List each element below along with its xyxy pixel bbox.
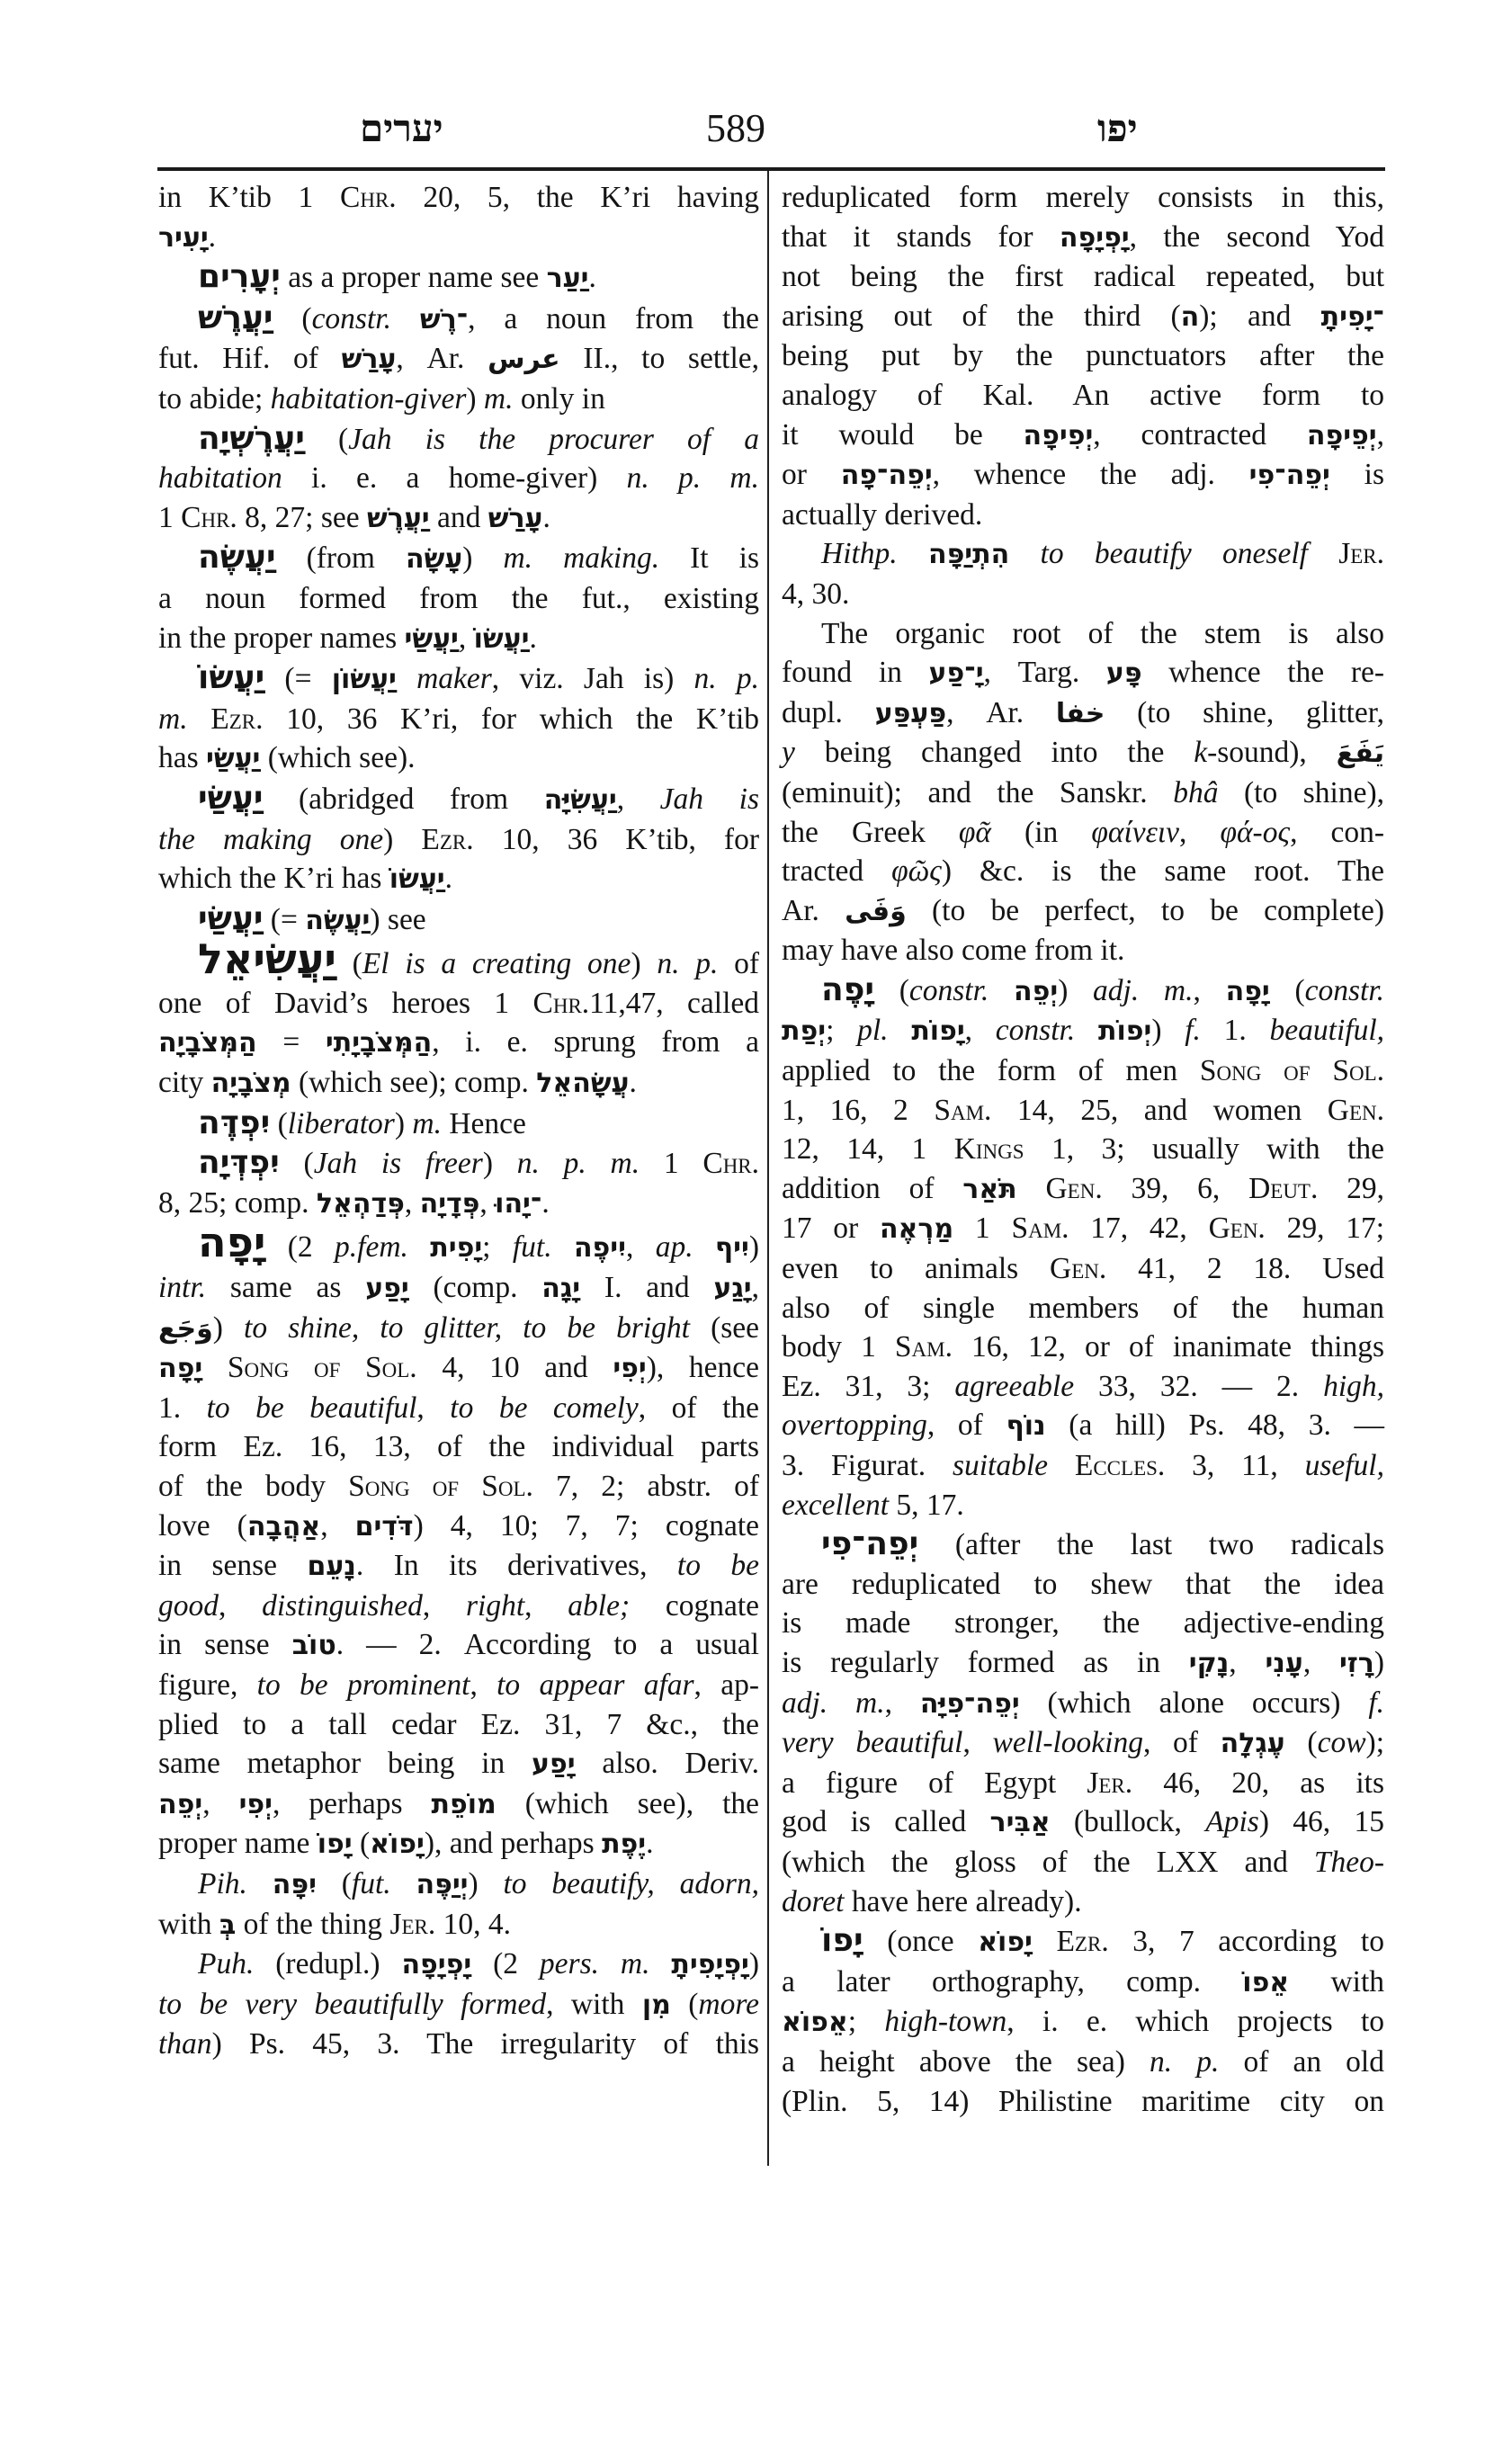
text-run: ( [1285, 1726, 1318, 1759]
text-run: 10, 36 K’ri, for which the K’tib [264, 702, 759, 736]
text-line: addition of תֹּאַר Gen. 39, 6, Deut. 29, [782, 1169, 1384, 1210]
hebrew-word: אַהֲבָה [247, 1511, 320, 1542]
text-run: analogy of Kal. An active form to [782, 379, 1384, 412]
text-run: (to be perfect, to be complete) [907, 894, 1384, 927]
hebrew-word: יָפַע [532, 1748, 576, 1780]
text-run: , [1303, 1646, 1339, 1679]
text-line: of the body Song of Sol. 7, 2; abstr. of [158, 1467, 759, 1507]
text-run: same metaphor being in [158, 1747, 532, 1780]
text-run: 3. Figurat. [782, 1449, 953, 1482]
text-line: has יַעֲשַׂי (which see). [158, 738, 759, 779]
text-run: same as [206, 1271, 365, 1304]
text-line: in K’tib 1 Chr. 20, 5, the K’ri having [158, 178, 759, 218]
text-run: Ar. [782, 894, 845, 927]
header-left-headword: יערים [360, 97, 443, 160]
text-run: 1. [1201, 1014, 1270, 1047]
text-run: of [718, 947, 759, 980]
text-run: , [423, 1589, 466, 1623]
italic-run: Apis [1205, 1805, 1259, 1838]
text-run: ) [749, 1230, 759, 1264]
text-run [188, 702, 211, 736]
italic-run: φᾶ [959, 816, 991, 849]
text-run: 1, 3; usually with the [1024, 1132, 1384, 1166]
text-run: may have also come from it. [782, 934, 1124, 967]
text-run: of an old [1219, 2045, 1384, 2079]
hebrew-word: אֵפוֹא [782, 2007, 848, 2038]
text-run: ( [270, 1107, 288, 1140]
hebrew-word: הִתְיַפָּה [928, 539, 1009, 570]
hebrew-word: נָעֵם [307, 1551, 355, 1582]
text-run: ) [213, 1311, 244, 1345]
text-run: , [626, 1230, 656, 1264]
text-run: ); and [1199, 300, 1320, 333]
italic-run: good [158, 1589, 219, 1623]
text-run: also. Deriv. [576, 1747, 759, 1780]
text-run: , Targ. [984, 656, 1106, 689]
text-run: ( [273, 302, 312, 335]
italic-run: maker [416, 662, 492, 695]
hebrew-word: אַבִּיר [990, 1807, 1051, 1838]
hebrew-word: דֹּדִים [355, 1511, 414, 1542]
text-line: 12, 14, 1 Kings 1, 3; usually with the [782, 1130, 1384, 1169]
page-number: 589 [706, 97, 765, 160]
text-run: , [1179, 816, 1220, 849]
italic-run: excellent [782, 1489, 889, 1522]
text-run: 7, 2; abstr. of [533, 1470, 759, 1503]
italic-run: than [158, 2027, 212, 2061]
hebrew-word: יָפְיָפָה [1060, 222, 1130, 254]
text-line: intr. same as יָפַע (comp. יָגָה I. and … [158, 1268, 759, 1309]
italic-run: n. p. [694, 662, 759, 695]
text-run: ) 46, 15 [1259, 1805, 1384, 1838]
text-run: (from [276, 541, 406, 575]
text-run: figure, [158, 1668, 257, 1702]
hebrew-word: יַעֲשֶׂה [305, 905, 370, 936]
text-run: body 1 [782, 1330, 895, 1364]
hebrew-headword: יְפֵה־פִי [821, 1525, 918, 1562]
text-run: , [219, 1589, 262, 1623]
text-line: fut. Hif. of עָרַשׁ, Ar. عرس II., to set… [158, 339, 759, 380]
text-run: , [1194, 974, 1226, 1007]
hebrew-word: יְפֵה־פִי [1249, 460, 1330, 491]
text-line: the Greek φᾶ (in φαίνειν, φά-ος, con- [782, 813, 1384, 853]
text-run: plied to a tall cedar Ez. 31, 7 &c., the [158, 1708, 759, 1741]
hebrew-word: טוֹב [292, 1630, 336, 1661]
text-line: are reduplicated to shew that the idea [782, 1565, 1384, 1605]
left-column: in K’tib 1 Chr. 20, 5, the K’ri havingיָ… [158, 178, 759, 2064]
text-line: in the proper names יַעֲשַׂי, יַעֲשׂוֹ. [158, 619, 759, 659]
text-run: . [542, 501, 550, 534]
text-line: 1 Chr. 8, 27; see יַעֲרֶשׁ and עָרַשׁ. [158, 498, 759, 539]
text-line: (which the gloss of the LXX and Theo- [782, 1843, 1384, 1882]
text-run: , Ar. [946, 696, 1056, 729]
text-run: is [1330, 458, 1384, 491]
hebrew-word: יָפוֹא [978, 1927, 1033, 1958]
text-run [247, 1867, 273, 1900]
italic-run: intr. [158, 1271, 206, 1304]
text-run: (comp. [409, 1271, 542, 1304]
book-reference: Chr. [702, 1147, 759, 1180]
italic-run: pl. [857, 1014, 888, 1047]
text-run: applied to the form of men [782, 1054, 1200, 1087]
text-run: . [209, 220, 216, 254]
text-run: a figure of Egypt [782, 1766, 1087, 1800]
text-run: (which the gloss of the LXX and [782, 1846, 1314, 1879]
text-run: 14, 25, and women [991, 1094, 1327, 1127]
text-line: plied to a tall cedar Ez. 31, 7 &c., the [158, 1705, 759, 1745]
text-line: also of single members of the human [782, 1289, 1384, 1328]
text-run [397, 662, 416, 695]
hebrew-word: פָּע [1106, 657, 1142, 689]
text-line: Pih. יִפָּה (fut. יְיַפֶּה) to beautify,… [158, 1864, 759, 1905]
text-run: ( [305, 423, 348, 456]
hebrew-headword: יַעֲרֶשְׁיָה [198, 420, 305, 457]
text-run: (= [263, 903, 305, 936]
text-run [1075, 1014, 1098, 1047]
book-reference: Song of Sol. [1200, 1054, 1384, 1087]
book-reference: Ezr. [210, 702, 263, 736]
text-line: The organic root of the stem is also [782, 614, 1384, 654]
text-line: may have also come from it. [782, 931, 1384, 970]
text-line: actually derived. [782, 496, 1384, 535]
italic-run: φαίνειν [1091, 816, 1179, 849]
book-reference: Deut. [1248, 1172, 1318, 1205]
italic-run: useful, [1305, 1449, 1384, 1482]
hebrew-headword: יָפֶה [821, 971, 874, 1008]
text-line: love (אַהֲבָה, דֹּדִים) 4, 10; 7, 7; cog… [158, 1507, 759, 1547]
text-line: it would be יְפִיפָה, contracted יְפֵיפָ… [782, 416, 1384, 456]
text-run: i. e. a home-giver) [282, 461, 627, 495]
italic-run: Hithp. [821, 537, 898, 570]
text-run: reduplicated form merely consists in thi… [782, 181, 1384, 214]
text-run: , i. e. sprung from a [432, 1025, 759, 1059]
hebrew-word: ־יָהוּ [495, 1188, 541, 1220]
text-line: m. Ezr. 10, 36 K’ri, for which the K’tib [158, 700, 759, 739]
text-run: 5, 17. [889, 1489, 964, 1522]
text-run: , [752, 1271, 759, 1304]
text-line: יָפָה (2 p.fem. יָפִית; fut. יִיפֶה, ap.… [158, 1223, 759, 1268]
text-line: form Ez. 16, 13, of the individual parts [158, 1427, 759, 1467]
text-run: = [257, 1025, 326, 1059]
text-line: which the K’ri has יַעֲשׂוֹ. [158, 859, 759, 899]
text-run: ( [336, 947, 362, 980]
text-line: god is called אַבִּיר (bullock, Apis) 46… [782, 1802, 1384, 1843]
text-line: יִפְדְּיָה (Jah is freer) n. p. m. 1 Chr… [158, 1143, 759, 1184]
text-run: , [320, 1509, 354, 1542]
italic-run: p.fem. [335, 1230, 408, 1264]
text-run: 29, 17; [1266, 1212, 1384, 1245]
hebrew-word: יָפוֹת [911, 1015, 964, 1047]
text-run: 4, 30. [782, 577, 849, 611]
hebrew-word: יְפֵה [1014, 976, 1058, 1007]
text-run: ( [280, 1147, 314, 1180]
arabic-word: يَفَعَ [1337, 738, 1384, 769]
italic-run: m. [412, 1107, 442, 1140]
arabic-word: وَفَى [845, 896, 907, 927]
text-line: יַעֲשׂוֹ (= יַעֲשׂוֹן maker, viz. Jah is… [158, 658, 759, 700]
book-reference: Sam. [895, 1330, 953, 1364]
text-line: adj. m., יְפֵה־פִיָּה (which alone occur… [782, 1684, 1384, 1724]
text-run: , [202, 1787, 238, 1820]
text-run: 1 [640, 1147, 702, 1180]
text-run [693, 1230, 715, 1264]
text-run: , [479, 1186, 495, 1220]
text-line: applied to the form of men Song of Sol. [782, 1051, 1384, 1091]
text-line: יַעֲרֶשׁ (constr. ־רֶשׁ, a noun from the [158, 299, 759, 340]
hebrew-headword: יַעֲשַׂי [198, 780, 263, 817]
text-run: ; [848, 2005, 885, 2038]
text-run: ; [826, 1014, 857, 1047]
text-run: 29, [1318, 1172, 1384, 1205]
text-run: city [158, 1066, 211, 1099]
text-run: (see [690, 1311, 759, 1345]
text-run: 16, 12, or of inanimate things [953, 1330, 1384, 1364]
book-reference: Kings [954, 1132, 1024, 1166]
running-header: יערים 589 יפו [157, 97, 1385, 160]
text-run: , [1377, 418, 1384, 452]
hebrew-headword: יַעֲשׂוֹ [198, 659, 264, 696]
text-run: . [445, 862, 452, 895]
text-run: , [470, 1668, 497, 1702]
text-line: יָפֶה (constr. יְפֵה) adj. m., יָפָה (co… [782, 970, 1384, 1012]
hebrew-headword: יְעָרִים [198, 258, 281, 295]
hebrew-word: פַּעְפַּע [875, 698, 946, 729]
text-run: , [962, 1726, 992, 1759]
text-run: the Greek [782, 816, 959, 849]
text-run: (abridged from [263, 782, 543, 816]
text-run: proper name [158, 1827, 318, 1860]
text-run: even to animals [782, 1252, 1050, 1285]
italic-run: liberator [288, 1107, 395, 1140]
italic-run: Theo- [1314, 1846, 1384, 1879]
text-line: proper name יָפוֹ (יָפוֹא), and perhaps … [158, 1824, 759, 1864]
italic-run: to be very beautifully formed [158, 1988, 546, 2021]
italic-run: y [782, 736, 795, 769]
text-run [552, 1230, 574, 1264]
text-run: II., to settle, [560, 342, 759, 375]
hebrew-word: יַעֲשׂוֹ [474, 623, 530, 655]
text-line: יַעֲשִׂיאֵל (El is a creating one) n. p.… [158, 940, 759, 984]
text-run: 1 [158, 501, 181, 534]
text-run: ) &c. is the same root. The [942, 854, 1384, 888]
text-run: , whence the adj. [933, 458, 1249, 491]
hebrew-word: יָפָה [158, 1353, 202, 1384]
book-reference: Eccles. [1075, 1449, 1165, 1482]
text-run: 20, 5, the K’ri having [397, 181, 759, 214]
text-run: , [416, 1391, 450, 1425]
text-run: cognate [630, 1589, 759, 1623]
text-line: יַעֲשֶׂה (from עָשָׂה) m. making. It is [158, 538, 759, 579]
text-run: (eminuit); and the Sanskr. [782, 776, 1173, 809]
hebrew-word: יָפִית [430, 1232, 482, 1264]
hebrew-word: הַמְּצֹבָיָתִי [326, 1027, 432, 1059]
text-run: , [617, 782, 660, 816]
text-run [1048, 1449, 1075, 1482]
text-line: very beautiful, well-looking, of עֶגְלָה… [782, 1723, 1384, 1764]
column-divider [767, 171, 769, 2166]
hebrew-word: יָפְיָפָה [401, 1949, 471, 1981]
text-run: with [1289, 1965, 1384, 1998]
text-run: , of [927, 1408, 1007, 1442]
text-run: a height above the sea) [782, 2045, 1150, 2079]
text-run: (a hill) Ps. 48, 3. — [1046, 1408, 1384, 1442]
hebrew-word: יַעֲשׂוֹן [332, 664, 397, 695]
hebrew-word: נָקִי [1189, 1648, 1230, 1679]
hebrew-word: יְפֵיפָה [1307, 420, 1377, 452]
text-run: ) Ps. 45, 3. The irregularity of this [212, 2027, 759, 2061]
text-run: 1 [953, 1212, 1011, 1245]
text-line: in sense נָעֵם. In its derivatives, to b… [158, 1546, 759, 1587]
text-line: reduplicated form merely consists in thi… [782, 178, 1384, 218]
hebrew-word: עֶגְלָה [1221, 1728, 1285, 1759]
hebrew-word: אֵפוֹ [1242, 1967, 1289, 1998]
italic-run: constr. [312, 302, 391, 335]
text-line: figure, to be prominent, to appear afar,… [158, 1666, 759, 1705]
text-run: ) [395, 1107, 413, 1140]
book-reference: Jer. [389, 1908, 435, 1941]
text-run: . — 2. According to a usual [336, 1628, 759, 1661]
text-run [202, 1351, 228, 1384]
text-run: in sense [158, 1628, 292, 1661]
text-run: ) [749, 1947, 759, 1981]
text-line: a noun formed from the fut., existing [158, 579, 759, 619]
text-line: יְפֵה, יְפִי, perhaps מוֹפֵת (which see)… [158, 1784, 759, 1825]
text-line: יַעֲשַׂי (abridged from יַעֲשִׂיָּה, Jah… [158, 779, 759, 820]
italic-run: ap. [656, 1230, 693, 1264]
text-line: excellent 5, 17. [782, 1486, 1384, 1525]
text-line: overtopping, of נוֹף (a hill) Ps. 48, 3.… [782, 1406, 1384, 1446]
text-run: 4, 10 and [417, 1351, 613, 1384]
italic-run: adj. m. [1093, 974, 1193, 1007]
hebrew-word: יְפִיפָה [1024, 420, 1094, 452]
text-run [408, 1230, 430, 1264]
hebrew-word: יָפוֹא [370, 1829, 425, 1860]
text-run: god is called [782, 1805, 990, 1838]
text-run: , [885, 1686, 920, 1720]
text-line: הַמְּצֹבָיָה = הַמְּצֹבָיָתִי, i. e. spr… [158, 1023, 759, 1063]
text-run: 10, 36 K’tib, for [474, 823, 759, 856]
text-run: one of David’s heroes 1 [158, 987, 532, 1020]
text-line: יְעָרִים as a proper name see יַעַר. [158, 257, 759, 299]
hebrew-word: יְפוֹת [1098, 1015, 1151, 1047]
text-run: It is [659, 541, 759, 575]
text-run: (= [264, 662, 332, 695]
text-run: ; [482, 1230, 513, 1264]
text-run: 8, 27; see [237, 501, 367, 534]
italic-run: to be beautiful [207, 1391, 417, 1425]
italic-run: the making one [158, 823, 383, 856]
text-run: , Ar. [396, 342, 488, 375]
text-run: whence the re- [1142, 656, 1384, 689]
text-run: to abide; [158, 382, 271, 416]
text-line: y being changed into the k-sound), يَفَع… [782, 733, 1384, 773]
arabic-word: خفا [1056, 698, 1105, 729]
text-run [1308, 537, 1338, 570]
header-right-headword: יפו [1097, 97, 1138, 160]
text-line: to be very beautifully formed, with מִן … [158, 1985, 759, 2025]
italic-run: fut. [352, 1867, 391, 1900]
text-line: יַעֲרֶשְׁיָה (Jah is the procurer of a [158, 419, 759, 460]
text-run: . [589, 261, 596, 294]
text-run: have here already). [844, 1885, 1081, 1918]
text-line: وَجَع) to shine, to glitter, to be brigh… [158, 1309, 759, 1349]
text-run: 41, 2 18. Used [1106, 1252, 1384, 1285]
italic-run: to shine, to glitter, to be bright [244, 1311, 690, 1345]
text-run: ) [1151, 1014, 1185, 1047]
text-line: 3. Figurat. suitable Eccles. 3, 11, usef… [782, 1446, 1384, 1486]
italic-run: to beautify oneself [1041, 537, 1308, 570]
book-reference: Gen. [1209, 1212, 1266, 1245]
text-run: addition of [782, 1172, 962, 1205]
italic-run: well-looking [993, 1726, 1143, 1759]
hebrew-word: יְפִי [613, 1353, 646, 1384]
text-line: habitation i. e. a home-giver) n. p. m. [158, 459, 759, 498]
text-run [391, 1867, 416, 1900]
hebrew-word: יָפוֹ [318, 1829, 353, 1860]
text-run: ( [874, 974, 909, 1007]
text-run: it would be [782, 418, 1024, 452]
text-run: Ez. 31, 3; [782, 1370, 954, 1403]
text-run: ) [631, 947, 657, 980]
italic-run: constr. [909, 974, 989, 1007]
italic-run: doret [782, 1885, 844, 1918]
hebrew-word: יָגַע [713, 1273, 751, 1304]
text-run: are reduplicated to shew that the idea [782, 1568, 1384, 1601]
text-run: is regularly formed as in [782, 1646, 1189, 1679]
text-run: with [158, 1908, 219, 1941]
text-run [1017, 1172, 1046, 1205]
text-run: , [965, 1014, 996, 1047]
text-run: ( [1270, 974, 1305, 1007]
text-run: ( [317, 1867, 352, 1900]
text-run: in K’tib 1 [158, 181, 340, 214]
italic-run: m. [158, 702, 188, 736]
text-line: Ez. 31, 3; agreeable 33, 32. — 2. high, [782, 1367, 1384, 1407]
text-line: a later orthography, comp. אֵפוֹ with [782, 1963, 1384, 2003]
italic-run: more [698, 1988, 759, 2021]
hebrew-word: יְפֵה־פָה [841, 460, 933, 491]
italic-run: pers. m. [540, 1947, 650, 1981]
text-run: dupl. [782, 696, 875, 729]
text-line: Ar. وَفَى (to be perfect, to be complete… [782, 891, 1384, 932]
text-run: ( [353, 1827, 371, 1860]
hebrew-word: יַעֲשַׂי [405, 623, 459, 655]
hebrew-word: יִיפֶה [574, 1232, 626, 1264]
italic-run: n. p. [1150, 2045, 1219, 2079]
book-reference: Ezr. [421, 823, 473, 856]
text-line: not being the first radical repeated, bu… [782, 257, 1384, 297]
text-line: (Plin. 5, 14) Philistine maritime city o… [782, 2082, 1384, 2122]
italic-run: distinguished [262, 1589, 423, 1623]
italic-run: high, [1323, 1370, 1384, 1403]
hebrew-headword: יַעֲרֶשׁ [198, 300, 273, 336]
text-run: tracted [782, 854, 891, 888]
text-run: . In its derivatives, [356, 1549, 677, 1582]
hebrew-headword: יַעֲשִׂיאֵל [198, 934, 336, 983]
header-rule [157, 167, 1385, 171]
text-run: (which see). [260, 741, 415, 774]
text-line: יִפְדֶּה (liberator) m. Hence [158, 1104, 759, 1144]
text-run: 39, 6, [1103, 1172, 1248, 1205]
italic-run: cow [1318, 1726, 1366, 1759]
text-line: יָעִיר. [158, 218, 759, 258]
hebrew-word: בְּ [219, 1909, 236, 1941]
text-run: love ( [158, 1509, 247, 1542]
hebrew-word: יַעֲרֶשׁ [367, 503, 430, 534]
text-run: (to shine), [1218, 776, 1384, 809]
text-run: (Plin. 5, 14) Philistine maritime city o… [782, 2085, 1384, 2118]
text-run: of the thing [236, 1908, 389, 1941]
